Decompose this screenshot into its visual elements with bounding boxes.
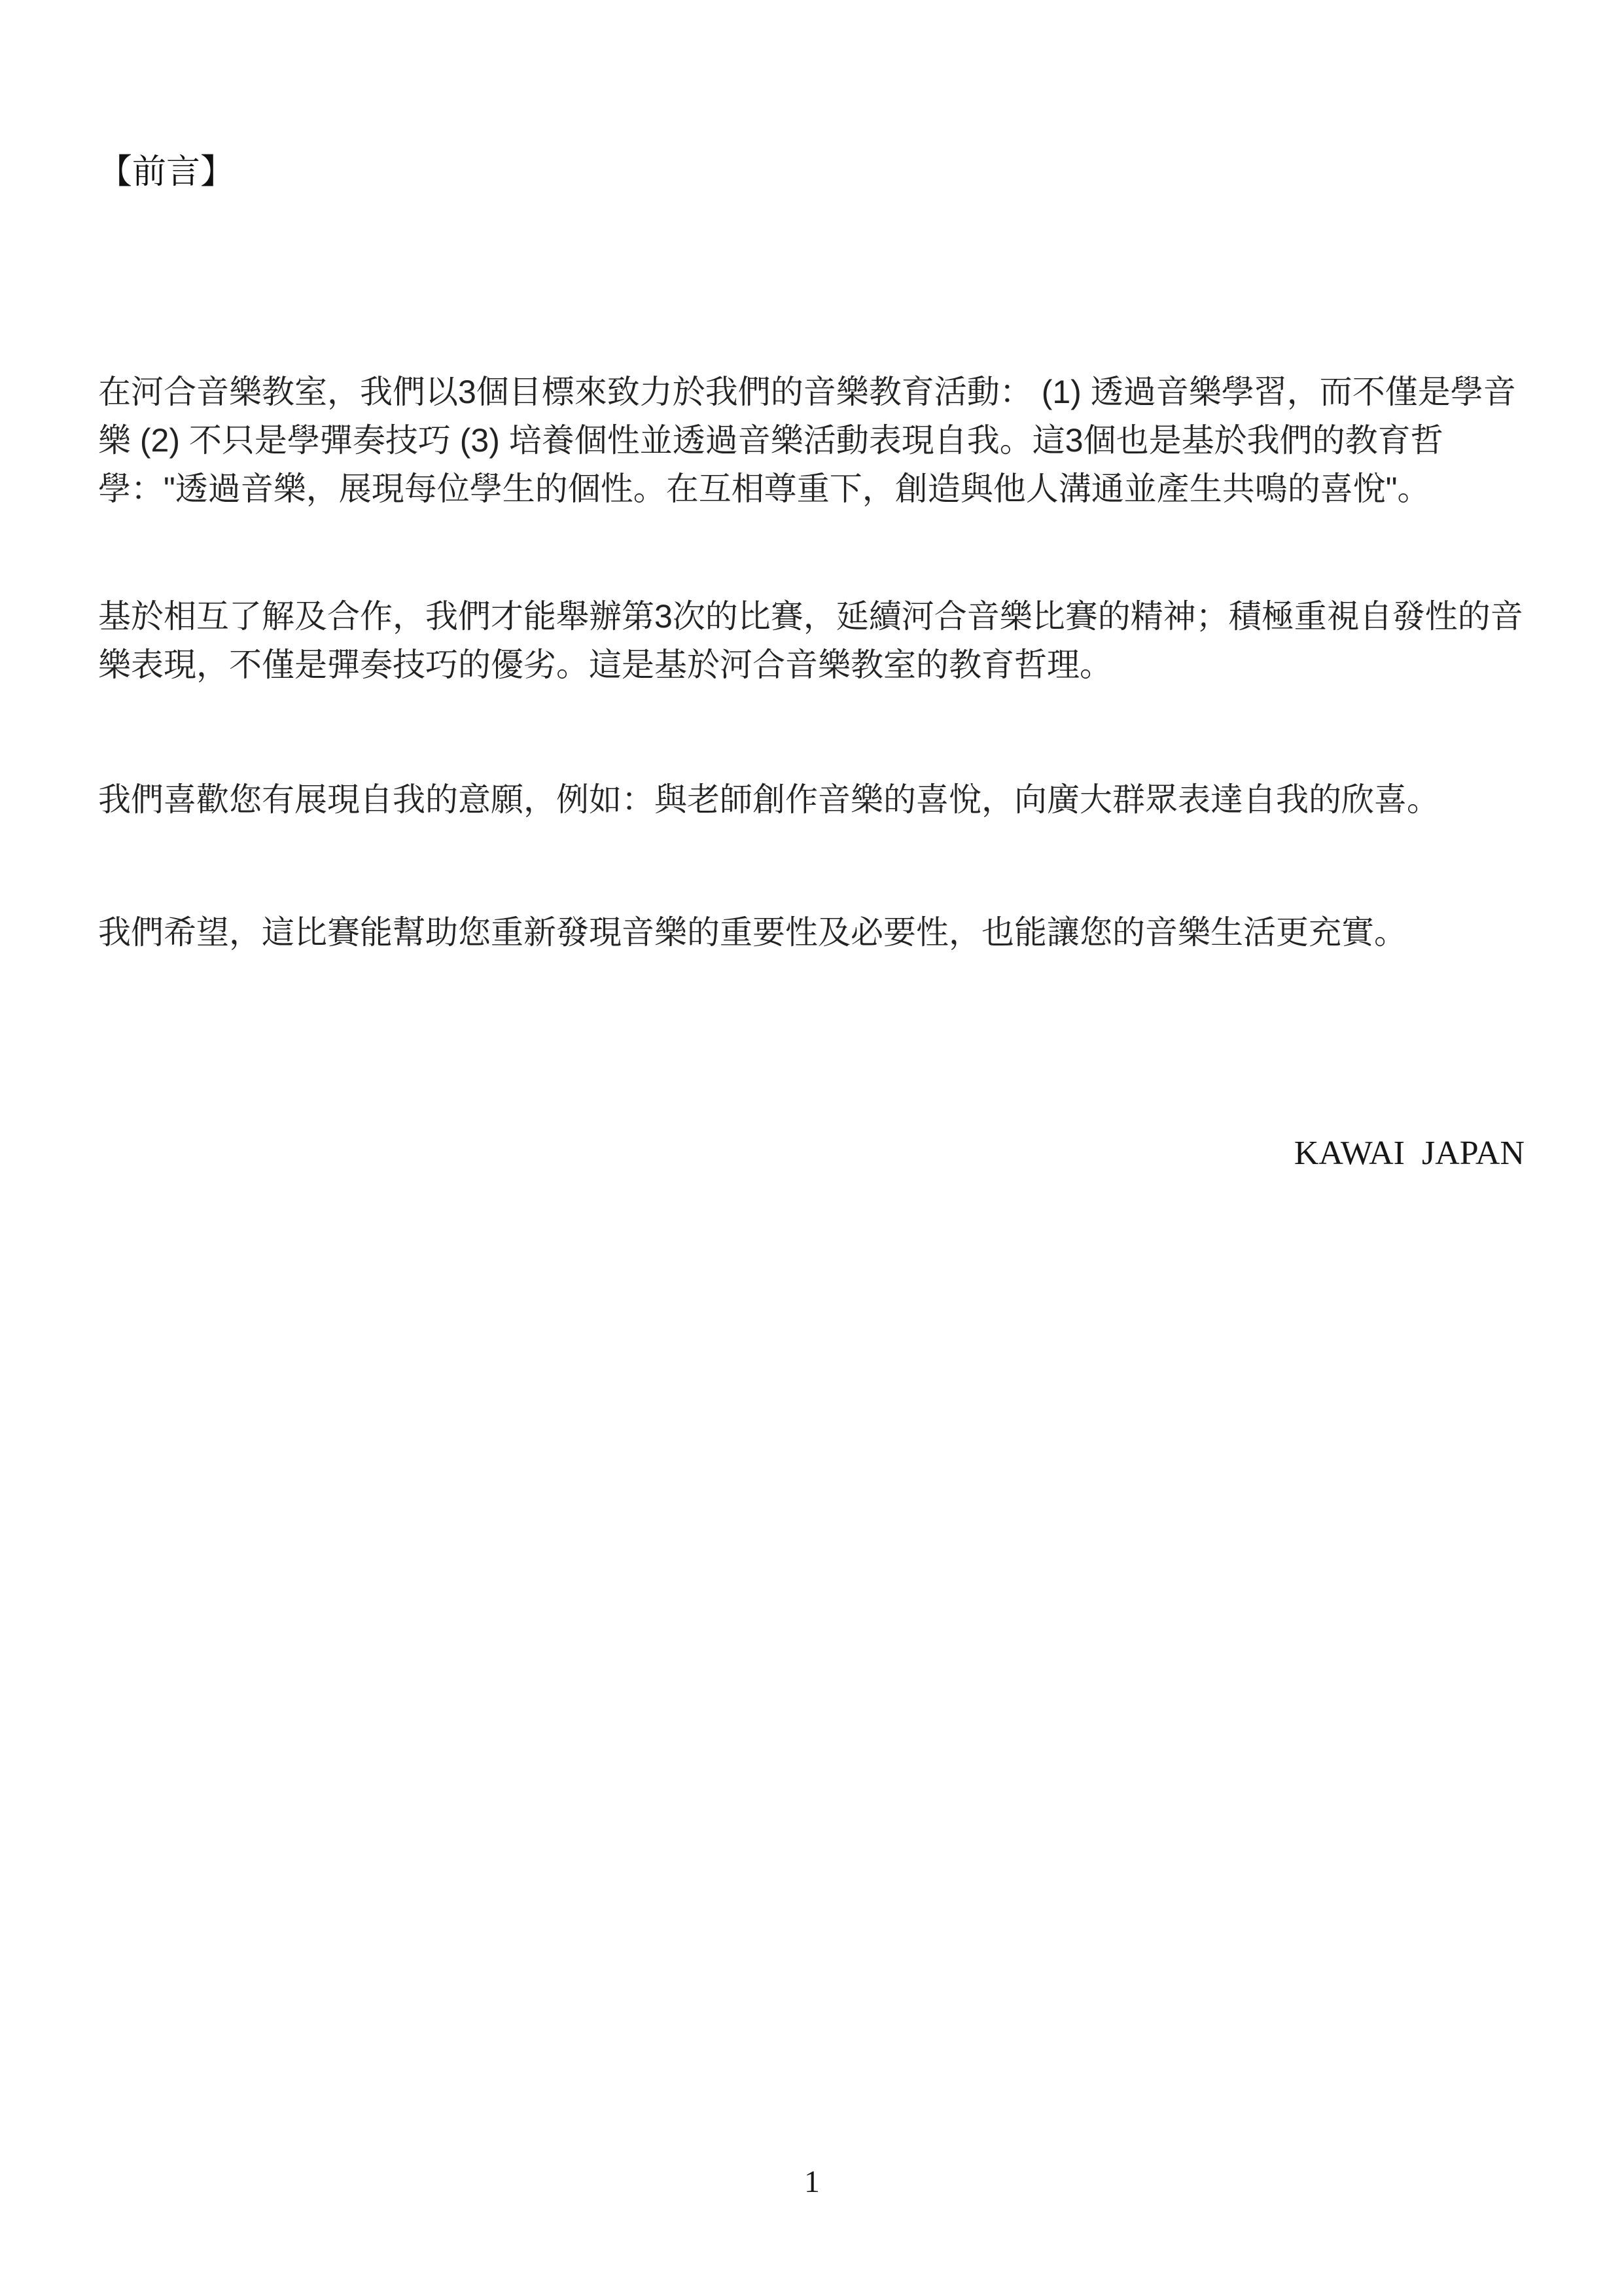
document-page: 【前言】 在河合音樂教室，我們以3個目標來致力於我們的音樂教育活動： (1) 透… xyxy=(0,0,1624,2296)
paragraph-competition-spirit: 基於相互了解及合作，我們才能舉辦第3次的比賽，延續河合音樂比賽的精神；積極重視自… xyxy=(98,592,1528,689)
paragraph-self-expression: 我們喜歡您有展現自我的意願，例如：與老師創作音樂的喜悅，向廣大群眾表達自我的欣喜… xyxy=(98,775,1528,824)
signature-kawai-japan: KAWAI JAPAN xyxy=(98,1133,1525,1174)
page-number: 1 xyxy=(0,2163,1624,2201)
paragraph-goals: 在河合音樂教室，我們以3個目標來致力於我們的音樂教育活動： (1) 透過音樂學習… xyxy=(98,368,1528,513)
paragraph-hope: 我們希望，這比賽能幫助您重新發現音樂的重要性及必要性，也能讓您的音樂生活更充實。 xyxy=(98,908,1528,957)
preface-heading: 【前言】 xyxy=(98,151,234,194)
